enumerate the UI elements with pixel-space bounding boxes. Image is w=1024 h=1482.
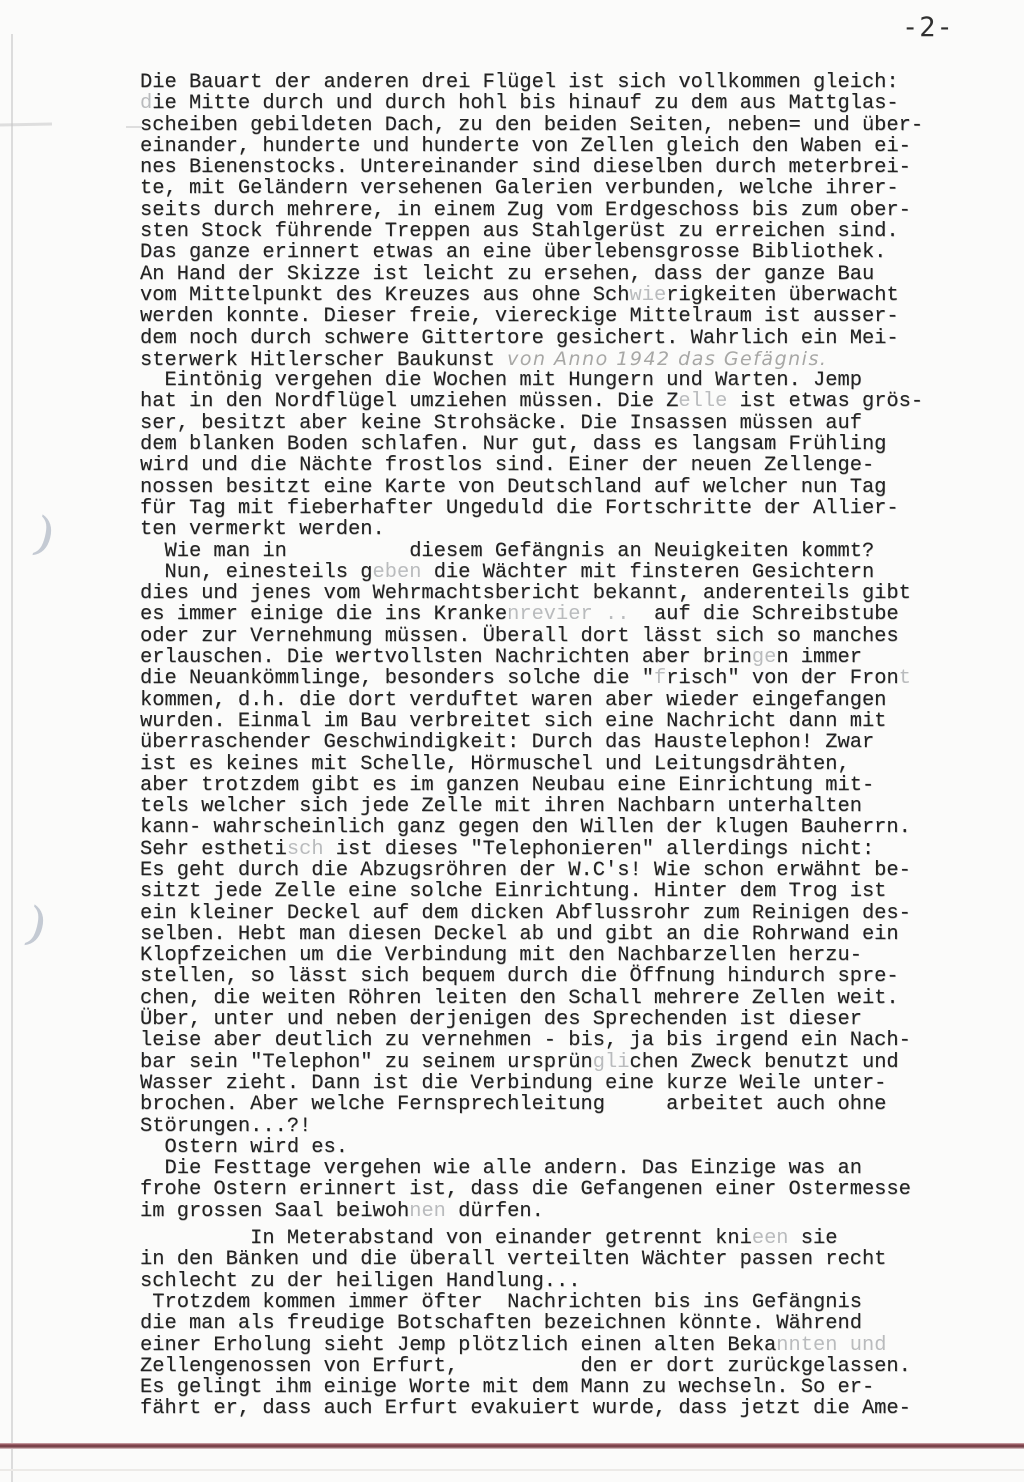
faded-text: gli [593,1051,630,1074]
typewritten-text-block: Die Bauart der anderen drei Flügel ist s… [140,72,1000,1420]
typed-text: Zellengenossen von Erfurt, den er dort z… [140,1355,911,1378]
text-line: die Mitte durch und durch hohl bis hinau… [140,93,1000,114]
typed-text: rigkeiten überwacht [666,284,899,307]
text-line: oder zur Vernehmung müssen. Überall dort… [140,626,1000,647]
text-line: leise aber deutlich zu vernehmen - bis, … [140,1030,1000,1051]
text-line: erlauschen. Die wertvollsten Nachrichten… [140,647,1000,668]
typed-text: wird und die Nächte frostlos sind. Einer… [140,454,874,477]
typed-text: bar sein "Telephon" zu seinem ursprün [140,1051,593,1074]
typed-text: für Tag mit fieberhafter Ungeduld die Fo… [140,497,899,520]
text-line: in den Bänken und die überall verteilten… [140,1249,1000,1270]
margin-pen-mark: ) [28,506,61,563]
typed-text: Nun, einesteils g [140,561,373,584]
typed-text: ist dieses "Telephonieren" allerdings ni… [324,838,875,861]
typed-text: die Neuankömmlinge, besonders solche die… [140,667,654,690]
typed-text: einander, hunderte und hunderte von Zell… [140,135,911,158]
typed-text: hat in den Nordflügel umziehen müssen. D… [140,390,678,413]
text-line: nes Bienenstocks. Untereinander sind die… [140,157,1000,178]
typed-text: die man als freudige Botschaften bezeich… [140,1312,862,1335]
faded-text: ge [752,646,776,669]
typed-text: tels welcher sich jede Zelle mit ihren N… [140,795,862,818]
faded-text: wie [629,284,666,307]
faded-text: d [140,92,152,115]
text-line: Wie man in diesem Gefängnis an Neuigkeit… [140,541,1000,562]
typed-text: In Meterabstand von einander getrennt kn… [140,1227,752,1250]
typed-text: erlauschen. Die wertvollsten Nachrichten… [140,646,752,669]
text-line: überraschender Geschwindigkeit: Durch da… [140,732,1000,753]
faded-text: eben [373,561,422,584]
typed-text: kommen, d.h. die dort verduftet waren ab… [140,689,886,712]
typed-text: scheiben gebildeten Dach, zu den beiden … [140,114,923,137]
bottom-faint-rule [0,1469,1024,1471]
typed-text: dürfen. [446,1200,544,1223]
typed-text: dies und jenes vom Wehrmachtsbericht bek… [140,582,911,605]
typed-text: Ostern wird es. [140,1136,348,1159]
text-line: kommen, d.h. die dort verduftet waren ab… [140,690,1000,711]
typed-text: einer Erholung sieht Jemp plötzlich eine… [140,1334,776,1357]
typed-text: Es gelingt ihm einige Worte mit dem Mann… [140,1376,874,1399]
typed-text: oder zur Vernehmung müssen. Überall dort… [140,625,899,648]
text-line: ein kleiner Deckel auf dem dicken Abflus… [140,903,1000,924]
text-line: ist es keines mit Schelle, Hörmuschel un… [140,754,1000,775]
faded-text: nen [409,1200,446,1223]
text-line: kann- wahrscheinlich ganz gegen den Will… [140,817,1000,838]
typed-text: leise aber deutlich zu vernehmen - bis, … [140,1029,911,1052]
text-line: Die Bauart der anderen drei Flügel ist s… [140,72,1000,93]
text-line: es immer einige die ins Krankenrevier ..… [140,604,1000,625]
text-line: dem noch durch schwere Gittertore gesich… [140,328,1000,349]
text-line: bar sein "Telephon" zu seinem ursprüngli… [140,1052,1000,1073]
typed-text: stellen, so lässt sich bequem durch die … [140,965,899,988]
typed-text: fährt er, dass auch Erfurt evakuiert wur… [140,1397,911,1420]
typed-text: te, mit Geländern versehenen Galerien ve… [140,177,899,200]
text-line: Zellengenossen von Erfurt, den er dort z… [140,1356,1000,1377]
typed-text: n immer [776,646,862,669]
text-line: In Meterabstand von einander getrennt kn… [140,1228,1000,1249]
text-line: Es gelingt ihm einige Worte mit dem Mann… [140,1377,1000,1398]
typed-text: es immer einige die ins Kranke [140,603,507,626]
handwritten-annotation: von Anno 1942 das Gefägnis. [507,348,827,370]
typed-text: schlecht zu der heiligen Handlung... [140,1270,581,1293]
faded-text: sch [287,838,324,861]
text-line: Die Festtage vergehen wie alle andern. D… [140,1158,1000,1179]
faded-text: t [899,667,911,690]
typed-text: sten Stock führende Treppen aus Stahlger… [140,220,899,243]
faded-text: nrevier .. [507,603,629,626]
scan-edge-line [11,34,13,1482]
text-line: ser, besitzt aber keine Strohsäcke. Die … [140,413,1000,434]
faded-text: f [654,667,666,690]
text-line: werden konnte. Dieser freie, viereckige … [140,306,1000,327]
typed-text: nes Bienenstocks. Untereinander sind die… [140,156,911,179]
typed-text: brochen. Aber welche Fernsprechleitung a… [140,1093,886,1116]
text-line: seits durch mehrere, in einem Zug vom Er… [140,200,1000,221]
text-line: für Tag mit fieberhafter Ungeduld die Fo… [140,498,1000,519]
text-line: einer Erholung sieht Jemp plötzlich eine… [140,1335,1000,1356]
typed-text: Es geht durch die Abzugsröhren der W.C's… [140,859,911,882]
text-line: chen, die weiten Röhren leiten den Schal… [140,988,1000,1009]
typed-text: dem blanken Boden schlafen. Nur gut, das… [140,433,886,456]
typed-text: vom Mittelpunkt des Kreuzes aus ohne Sch [140,284,629,307]
typed-text: ist etwas grös- [727,390,923,413]
text-line: scheiben gebildeten Dach, zu den beiden … [140,115,1000,136]
faded-text: elle [678,390,727,413]
typed-text: Wie man in diesem Gefängnis an Neuigkeit… [140,540,874,563]
typed-text: die Wächter mit finsteren Gesichtern [421,561,874,584]
typed-text: ein kleiner Deckel auf dem dicken Abflus… [140,902,911,925]
text-line: tels welcher sich jede Zelle mit ihren N… [140,796,1000,817]
text-line: einander, hunderte und hunderte von Zell… [140,136,1000,157]
typed-text: nossen besitzt eine Karte von Deutschlan… [140,476,886,499]
text-line: Über, unter und neben derjenigen des Spr… [140,1009,1000,1030]
text-line: Klopfzeichen um die Verbindung mit den N… [140,945,1000,966]
text-line: te, mit Geländern versehenen Galerien ve… [140,178,1000,199]
text-line: wird und die Nächte frostlos sind. Einer… [140,455,1000,476]
text-line: frohe Ostern erinnert ist, dass die Gefa… [140,1179,1000,1200]
typed-text: Das ganze erinnert etwas an eine überleb… [140,241,886,264]
text-line: die man als freudige Botschaften bezeich… [140,1313,1000,1334]
typed-text: chen, die weiten Röhren leiten den Schal… [140,987,899,1010]
typed-text: Über, unter und neben derjenigen des Spr… [140,1008,862,1031]
typed-text: frohe Ostern erinnert ist, dass die Gefa… [140,1178,911,1201]
text-line: An Hand der Skizze ist leicht zu ersehen… [140,264,1000,285]
text-line: fährt er, dass auch Erfurt evakuiert wur… [140,1398,1000,1419]
typed-text: sie [789,1227,838,1250]
text-line: Sehr esthetisch ist dieses "Telephoniere… [140,839,1000,860]
typed-text: ie Mitte durch und durch hohl bis hinauf… [152,92,898,115]
typed-text: Die Bauart der anderen drei Flügel ist s… [140,71,899,94]
typed-text: dem noch durch schwere Gittertore gesich… [140,327,899,350]
text-line: Wasser zieht. Dann ist die Verbindung ei… [140,1073,1000,1094]
typed-text: werden konnte. Dieser freie, viereckige … [140,305,899,328]
text-line: dem blanken Boden schlafen. Nur gut, das… [140,434,1000,455]
margin-pen-mark: ) [20,896,53,953]
typed-text: Die Festtage vergehen wie alle andern. D… [140,1157,862,1180]
text-line: die Neuankömmlinge, besonders solche die… [140,668,1000,689]
typed-text: chen Zweck benutzt und [629,1051,898,1074]
text-line: wurden. Einmal im Bau verbreitet sich ei… [140,711,1000,732]
text-line: dies und jenes vom Wehrmachtsbericht bek… [140,583,1000,604]
scan-smudge [0,123,52,127]
text-line: brochen. Aber welche Fernsprechleitung a… [140,1094,1000,1115]
typed-text: auf die Schreibstube [629,603,898,626]
text-line: hat in den Nordflügel umziehen müssen. D… [140,391,1000,412]
text-line: Störungen...?! [140,1116,1000,1137]
typed-text: im grossen Saal beiwoh [140,1200,409,1223]
typed-text: sitzt jede Zelle eine solche Einrichtung… [140,880,886,903]
text-line: im grossen Saal beiwohnen dürfen. [140,1201,1000,1222]
typed-text: Sehr estheti [140,838,287,861]
text-line: schlecht zu der heiligen Handlung... [140,1271,1000,1292]
text-line: Ostern wird es. [140,1137,1000,1158]
typed-text: aber trotzdem gibt es im ganzen Neubau e… [140,774,874,797]
text-line: sitzt jede Zelle eine solche Einrichtung… [140,881,1000,902]
typed-text: seits durch mehrere, in einem Zug vom Er… [140,199,911,222]
text-line: sterwerk Hitlerscher Baukunst von Anno 1… [140,349,1000,370]
text-line: selben. Hebt man diesen Deckel ab und gi… [140,924,1000,945]
typed-text: Wasser zieht. Dann ist die Verbindung ei… [140,1072,886,1095]
text-line: stellen, so lässt sich bequem durch die … [140,966,1000,987]
text-line: ten vermerkt werden. [140,519,1000,540]
typed-text: ist es keines mit Schelle, Hörmuschel un… [140,753,850,776]
faded-text: een [752,1227,789,1250]
text-line: Trotzdem kommen immer öfter Nachrichten … [140,1292,1000,1313]
typed-text: überraschender Geschwindigkeit: Durch da… [140,731,874,754]
text-line: vom Mittelpunkt des Kreuzes aus ohne Sch… [140,285,1000,306]
typed-text: kann- wahrscheinlich ganz gegen den Will… [140,816,911,839]
typed-text: An Hand der Skizze ist leicht zu ersehen… [140,263,874,286]
typed-text: Klopfzeichen um die Verbindung mit den N… [140,944,862,967]
page-number: -2- [902,12,954,43]
faded-text: nnten und [776,1334,886,1357]
text-line: sten Stock führende Treppen aus Stahlger… [140,221,1000,242]
text-line: Es geht durch die Abzugsröhren der W.C's… [140,860,1000,881]
typed-text: ten vermerkt werden. [140,518,385,541]
text-line: nossen besitzt eine Karte von Deutschlan… [140,477,1000,498]
text-line: Nun, einesteils geben die Wächter mit fi… [140,562,1000,583]
typed-text: risch" von der Fron [666,667,899,690]
typed-text: ser, besitzt aber keine Strohsäcke. Die … [140,412,862,435]
text-line: Eintönig vergehen die Wochen mit Hungern… [140,370,1000,391]
bottom-red-rule [0,1443,1024,1449]
typed-text: Störungen...?! [140,1115,311,1138]
typed-text: in den Bänken und die überall verteilten… [140,1248,886,1271]
typed-text: wurden. Einmal im Bau verbreitet sich ei… [140,710,886,733]
text-line: Das ganze erinnert etwas an eine überleb… [140,242,1000,263]
text-line: aber trotzdem gibt es im ganzen Neubau e… [140,775,1000,796]
typed-text: selben. Hebt man diesen Deckel ab und gi… [140,923,899,946]
typed-text: Eintönig vergehen die Wochen mit Hungern… [140,369,862,392]
typed-text: Trotzdem kommen immer öfter Nachrichten … [140,1291,862,1314]
